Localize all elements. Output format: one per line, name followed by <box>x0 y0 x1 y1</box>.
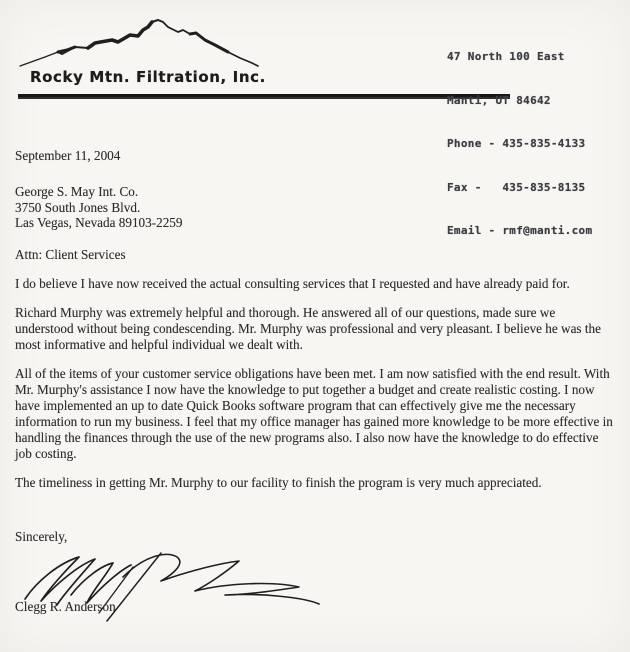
paragraph: Richard Murphy was extremely helpful and… <box>15 305 617 353</box>
contact-address-line1: 47 North 100 East <box>447 50 592 65</box>
recipient-address: George S. May Int. Co. 3750 South Jones … <box>15 184 617 231</box>
paragraph: The timeliness in getting Mr. Murphy to … <box>15 475 617 491</box>
company-name: Rocky Mtn. Filtration, Inc. <box>30 68 266 86</box>
contact-address-line2: Manti, UT 84642 <box>447 94 592 109</box>
signature-typed-name: Clegg R. Anderson <box>15 599 116 615</box>
closing-line: Sincerely, <box>15 529 617 545</box>
letter-date: September 11, 2004 <box>15 148 617 164</box>
attention-line: Attn: Client Services <box>15 247 617 263</box>
signature-area: Clegg R. Anderson <box>15 545 617 629</box>
scanned-letter: Rocky Mtn. Filtration, Inc. 47 North 100… <box>0 0 630 652</box>
letterhead-divider <box>18 94 510 99</box>
handwritten-signature-icon <box>11 547 341 627</box>
paragraph: I do believe I have now received the act… <box>15 276 617 292</box>
recipient-line: 3750 South Jones Blvd. <box>15 200 617 216</box>
recipient-line: Las Vegas, Nevada 89103-2259 <box>15 215 617 231</box>
mountain-logo-icon <box>14 6 264 72</box>
recipient-line: George S. May Int. Co. <box>15 184 617 200</box>
paragraph: All of the items of your customer servic… <box>15 366 617 462</box>
letter-body: September 11, 2004 George S. May Int. Co… <box>15 148 617 629</box>
